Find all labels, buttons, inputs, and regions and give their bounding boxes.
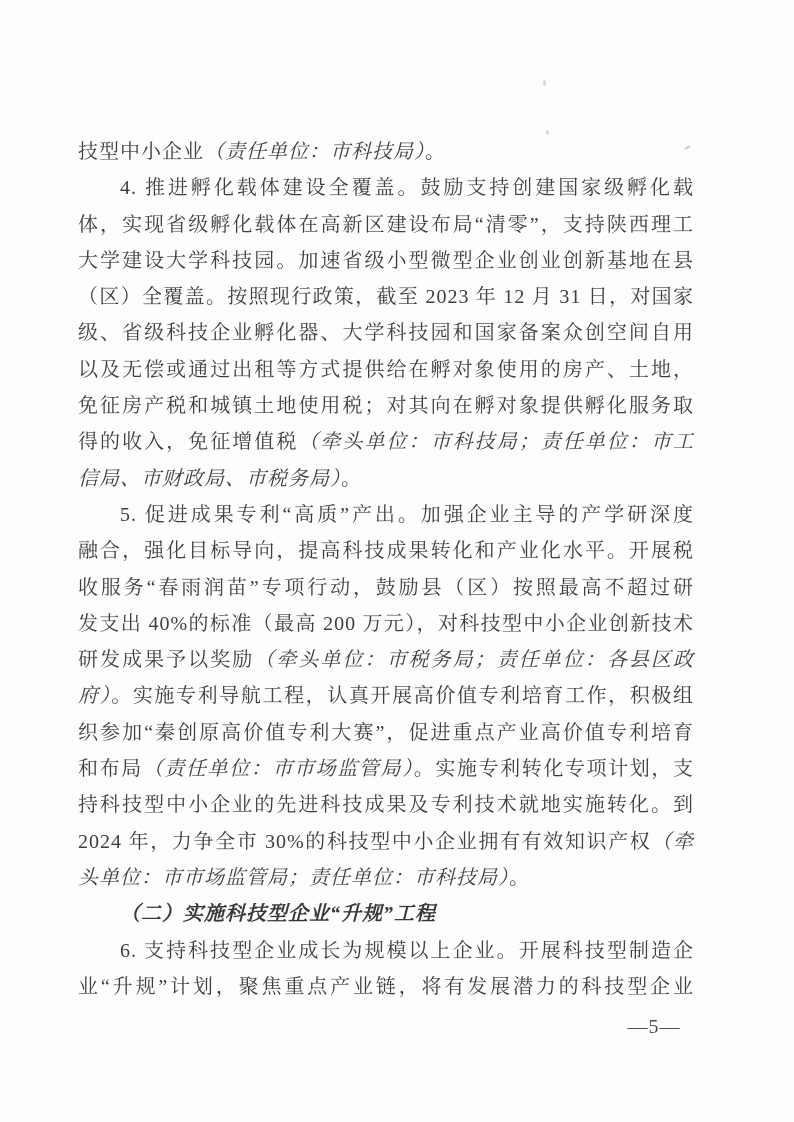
body-line: 信局、市财政局、市税务局）。 bbox=[78, 461, 694, 497]
body-text: 和布局 bbox=[78, 758, 143, 780]
body-text: 织参加“秦创原高价值专利大赛”，促进重点产业高价值专利培育 bbox=[78, 722, 694, 744]
body-text: 2024 年，力争全市 30%的科技型中小企业拥有有效知识产权 bbox=[78, 831, 651, 853]
body-line: 研发成果予以奖励（牵头单位：市税务局；责任单位：各县区政 bbox=[78, 642, 694, 678]
page-number: —5— bbox=[612, 1016, 696, 1039]
body-text: 发支出 40%的标准（最高 200 万元），对科技型中小企业创新技术 bbox=[78, 613, 694, 635]
body-line: 织参加“秦创原高价值专利大赛”，促进重点产业高价值专利培育 bbox=[78, 715, 694, 751]
body-text: 研发成果予以奖励 bbox=[78, 649, 254, 671]
body-text: 。实施专利导航工程，认真开展高价值专利培育工作，积极组 bbox=[111, 685, 694, 707]
unit-annotation: （牵头单位：市税务局；责任单位：各县区政 bbox=[254, 649, 694, 671]
unit-annotation: 头单位：市市场监管局；责任单位：市科技局） bbox=[78, 867, 509, 889]
body-text: 以及无偿或通过出租等方式提供给在孵对象使用的房产、土地， bbox=[78, 359, 694, 381]
body-line: 大学建设大学科技园。加速省级小型微型企业创业创新基地在县 bbox=[78, 243, 694, 279]
unit-annotation: （牵 bbox=[651, 831, 694, 853]
body-text: 业“升规”计划，聚焦重点产业链，将有发展潜力的科技型企业 bbox=[78, 976, 694, 998]
body-line: 6. 支持科技型企业成长为规模以上企业。开展科技型制造企 bbox=[78, 933, 694, 969]
body-text: 级、省级科技企业孵化器、大学科技园和国家备案众创空间自用 bbox=[78, 322, 694, 344]
document-body: 技型中小企业（责任单位：市科技局）。4. 推进孵化载体建设全覆盖。鼓励支持创建国… bbox=[78, 134, 694, 1005]
body-line: 头单位：市市场监管局；责任单位：市科技局）。 bbox=[78, 860, 694, 896]
document-page: 技型中小企业（责任单位：市科技局）。4. 推进孵化载体建设全覆盖。鼓励支持创建国… bbox=[0, 0, 794, 1122]
body-line: 业“升规”计划，聚焦重点产业链，将有发展潜力的科技型企业 bbox=[78, 969, 694, 1005]
body-text: 体，实现省级孵化载体在高新区建设布局“清零”，支持陕西理工 bbox=[78, 214, 694, 236]
body-text: 。 bbox=[425, 141, 446, 163]
body-text: 得的收入，免征增值税 bbox=[78, 431, 298, 453]
body-text: 。 bbox=[509, 867, 530, 889]
body-line: 5. 促进成果专利“高质”产出。加强企业主导的产学研深度 bbox=[78, 497, 694, 533]
body-text: 。实施专利转化专项计划，支 bbox=[414, 758, 694, 780]
body-text: 4. 推进孵化载体建设全覆盖。鼓励支持创建国家级孵化载 bbox=[120, 177, 694, 199]
scan-speck bbox=[543, 80, 546, 86]
body-line: 体，实现省级孵化载体在高新区建设布局“清零”，支持陕西理工 bbox=[78, 207, 694, 243]
body-line: 免征房产税和城镇土地使用税；对其向在孵对象提供孵化服务取 bbox=[78, 388, 694, 424]
scan-speck bbox=[546, 130, 549, 135]
body-line: 4. 推进孵化载体建设全覆盖。鼓励支持创建国家级孵化载 bbox=[78, 170, 694, 206]
unit-annotation: 府） bbox=[78, 685, 111, 707]
body-text: 大学建设大学科技园。加速省级小型微型企业创业创新基地在县 bbox=[78, 250, 694, 272]
body-line: 府）。实施专利导航工程，认真开展高价值专利培育工作，积极组 bbox=[78, 678, 694, 714]
body-text: 6. 支持科技型企业成长为规模以上企业。开展科技型制造企 bbox=[120, 940, 694, 962]
body-line: （区）全覆盖。按照现行政策，截至 2023 年 12 月 31 日，对国家 bbox=[78, 279, 694, 315]
body-line: 2024 年，力争全市 30%的科技型中小企业拥有有效知识产权（牵 bbox=[78, 824, 694, 860]
unit-annotation: （牵头单位：市科技局；责任单位：市工 bbox=[298, 431, 694, 453]
body-line: 级、省级科技企业孵化器、大学科技园和国家备案众创空间自用 bbox=[78, 315, 694, 351]
body-line: 得的收入，免征增值税（牵头单位：市科技局；责任单位：市工 bbox=[78, 424, 694, 460]
body-line: 发支出 40%的标准（最高 200 万元），对科技型中小企业创新技术 bbox=[78, 606, 694, 642]
body-text: （区）全覆盖。按照现行政策，截至 2023 年 12 月 31 日，对国家 bbox=[78, 286, 694, 308]
body-line: 技型中小企业（责任单位：市科技局）。 bbox=[78, 134, 694, 170]
body-line: 持科技型中小企业的先进科技成果及专利技术就地实施转化。到 bbox=[78, 787, 694, 823]
body-text: 持科技型中小企业的先进科技成果及专利技术就地实施转化。到 bbox=[78, 794, 694, 816]
unit-annotation: （责任单位：市市场监管局） bbox=[143, 758, 414, 780]
body-text: 收服务“春雨润苗”专项行动，鼓励县（区）按照最高不超过研 bbox=[78, 577, 694, 599]
body-line: 以及无偿或通过出租等方式提供给在孵对象使用的房产、土地， bbox=[78, 352, 694, 388]
body-text: 融合，强化目标导向，提高科技成果转化和产业化水平。开展税 bbox=[78, 540, 694, 562]
unit-annotation: （责任单位：市科技局） bbox=[204, 141, 425, 163]
body-text: 5. 促进成果专利“高质”产出。加强企业主导的产学研深度 bbox=[120, 504, 694, 526]
unit-annotation: （二）实施科技型企业“升规”工程 bbox=[120, 903, 436, 925]
body-text: 。 bbox=[341, 468, 362, 490]
unit-annotation: 信局、市财政局、市税务局） bbox=[78, 468, 341, 490]
body-line: 融合，强化目标导向，提高科技成果转化和产业化水平。开展税 bbox=[78, 533, 694, 569]
body-text: 技型中小企业 bbox=[78, 141, 204, 163]
section-heading: （二）实施科技型企业“升规”工程 bbox=[78, 896, 694, 932]
body-line: 和布局（责任单位：市市场监管局）。实施专利转化专项计划，支 bbox=[78, 751, 694, 787]
body-text: 免征房产税和城镇土地使用税；对其向在孵对象提供孵化服务取 bbox=[78, 395, 694, 417]
body-line: 收服务“春雨润苗”专项行动，鼓励县（区）按照最高不超过研 bbox=[78, 570, 694, 606]
